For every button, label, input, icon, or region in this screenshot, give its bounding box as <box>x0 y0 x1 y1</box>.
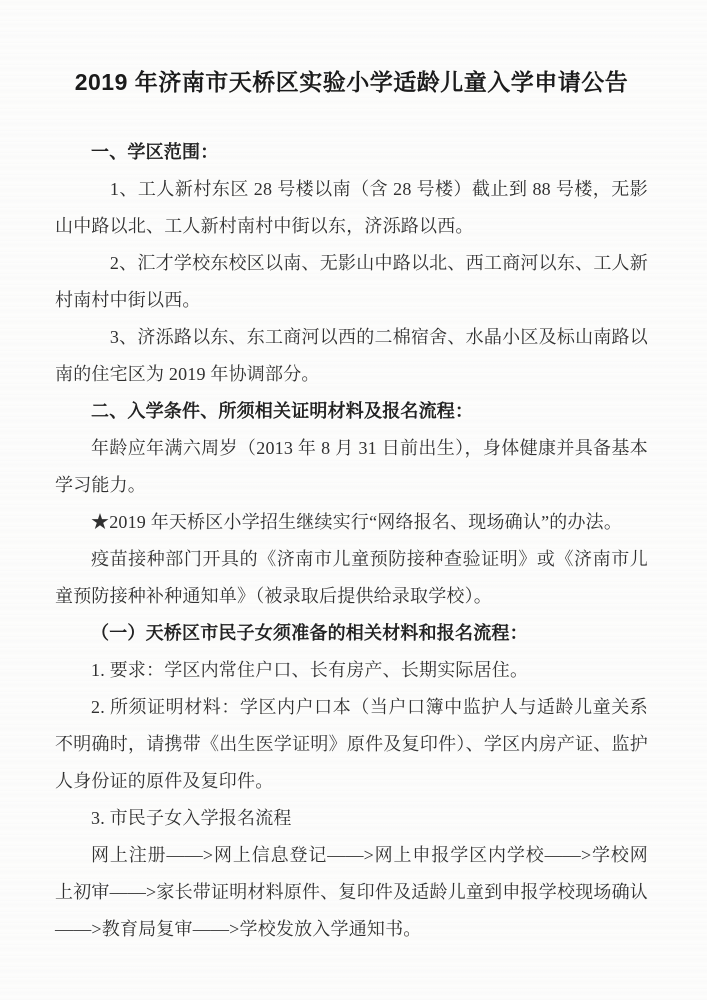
scanned-document-page: 2019 年济南市天桥区实验小学适龄儿童入学申请公告 一、学区范围： 1、工人新… <box>0 0 707 1000</box>
district-item-3: 3、济泺路以东、东工商河以西的二棉宿舍、水晶小区及标山南路以南的住宅区为 201… <box>55 319 648 393</box>
materials-item: 2. 所须证明材料：学区内户口本（当户口簿中监护人与适龄儿童关系不明确时，请携带… <box>55 689 648 800</box>
process-title-item: 3. 市民子女入学报名流程 <box>55 800 648 837</box>
vaccine-certificate-note: 疫苗接种部门开具的《济南市儿童预防接种查验证明》或《济南市儿童预防接种补种通知单… <box>55 541 648 615</box>
section-1-heading: 一、学区范围： <box>55 134 648 171</box>
subsection-1-heading: （一）天桥区市民子女须准备的相关材料和报名流程： <box>55 615 648 652</box>
requirement-item: 1. 要求：学区内常住户口、长有房产、长期实际居住。 <box>55 652 648 689</box>
district-item-1: 1、工人新村东区 28 号楼以南（含 28 号楼）截止到 88 号楼，无影山中路… <box>55 171 648 245</box>
age-requirement-paragraph: 年龄应年满六周岁（2013 年 8 月 31 日前出生），身体健康并具备基本学习… <box>55 430 648 504</box>
document-content: 2019 年济南市天桥区实验小学适龄儿童入学申请公告 一、学区范围： 1、工人新… <box>0 0 707 948</box>
section-2-heading: 二、入学条件、所须相关证明材料及报名流程： <box>55 393 648 430</box>
district-item-2: 2、汇才学校东校区以南、无影山中路以北、西工商河以东、工人新村南村中街以西。 <box>55 245 648 319</box>
process-flow-paragraph: 网上注册——>网上信息登记——>网上申报学区内学校——>学校网上初审——>家长带… <box>55 837 648 948</box>
document-title: 2019 年济南市天桥区实验小学适龄儿童入学申请公告 <box>55 65 648 99</box>
enrollment-method-note: ★2019 年天桥区小学招生继续实行“网络报名、现场确认”的办法。 <box>55 504 648 541</box>
